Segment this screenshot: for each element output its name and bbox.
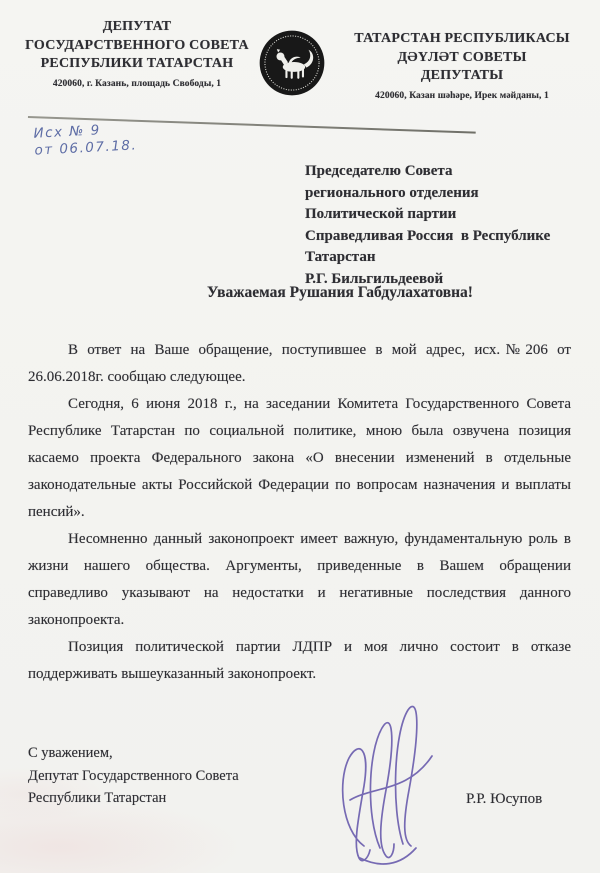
closing-block: С уважением, Депутат Государственного Со… xyxy=(28,742,239,810)
letterhead-line: ГОСУДАРСТВЕННОГО СОВЕТА xyxy=(18,37,256,56)
tatarstan-ak-bars-seal-icon xyxy=(259,30,325,96)
letterhead-address: 420060, г. Казань, площадь Свободы, 1 xyxy=(18,78,256,90)
letterhead-line: ДӘҮЛӘТ СОВЕТЫ xyxy=(336,49,588,68)
recipient-line: Татарстан xyxy=(305,247,593,269)
closing-line: Республики Татарстан xyxy=(28,787,239,810)
letterhead-line: ТАТАРСТАН РЕСПУБЛИКАСЫ xyxy=(336,30,588,49)
letterhead-tatar: ТАТАРСТАН РЕСПУБЛИКАСЫ ДӘҮЛӘТ СОВЕТЫ ДЕП… xyxy=(336,30,588,102)
letter-body: В ответ на Ваше обращение, поступившее в… xyxy=(28,337,571,688)
body-paragraph: Несомненно данный законопроект имеет важ… xyxy=(28,526,571,634)
body-paragraph: Сегодня, 6 июня 2018 г., на заседании Ко… xyxy=(28,391,571,526)
closing-line: Депутат Государственного Совета xyxy=(28,765,239,788)
scanned-letter-page: ДЕПУТАТ ГОСУДАРСТВЕННОГО СОВЕТА РЕСПУБЛИ… xyxy=(0,0,600,873)
handwritten-outgoing-note: Исх № 9 от 06.07.18. xyxy=(33,120,137,159)
salutation: Уважаемая Рушания Габдулахатовна! xyxy=(70,284,600,302)
letterhead-line: ДЕПУТАТ xyxy=(18,18,256,37)
body-paragraph: Позиция политической партии ЛДПР и моя л… xyxy=(28,634,571,688)
body-paragraph: В ответ на Ваше обращение, поступившее в… xyxy=(28,337,571,391)
recipient-line: Председателю Совета xyxy=(305,161,593,183)
letterhead-russian: ДЕПУТАТ ГОСУДАРСТВЕННОГО СОВЕТА РЕСПУБЛИ… xyxy=(18,18,256,90)
recipient-line: регионального отделения xyxy=(305,183,593,205)
recipient-line: Политической партии xyxy=(305,204,593,226)
letterhead-address: 420060, Казан шәһәре, Ирек мәйданы, 1 xyxy=(336,90,588,102)
handwritten-signature-icon xyxy=(330,696,448,872)
recipient-line: Справедливая Россия в Республике xyxy=(305,226,593,248)
letterhead-line: ДЕПУТАТЫ xyxy=(336,67,588,86)
letterhead-line: РЕСПУБЛИКИ ТАТАРСТАН xyxy=(18,55,256,74)
closing-line: С уважением, xyxy=(28,742,239,765)
signer-name: Р.Р. Юсупов xyxy=(466,791,542,808)
recipient-block: Председателю Совета регионального отделе… xyxy=(305,161,593,290)
